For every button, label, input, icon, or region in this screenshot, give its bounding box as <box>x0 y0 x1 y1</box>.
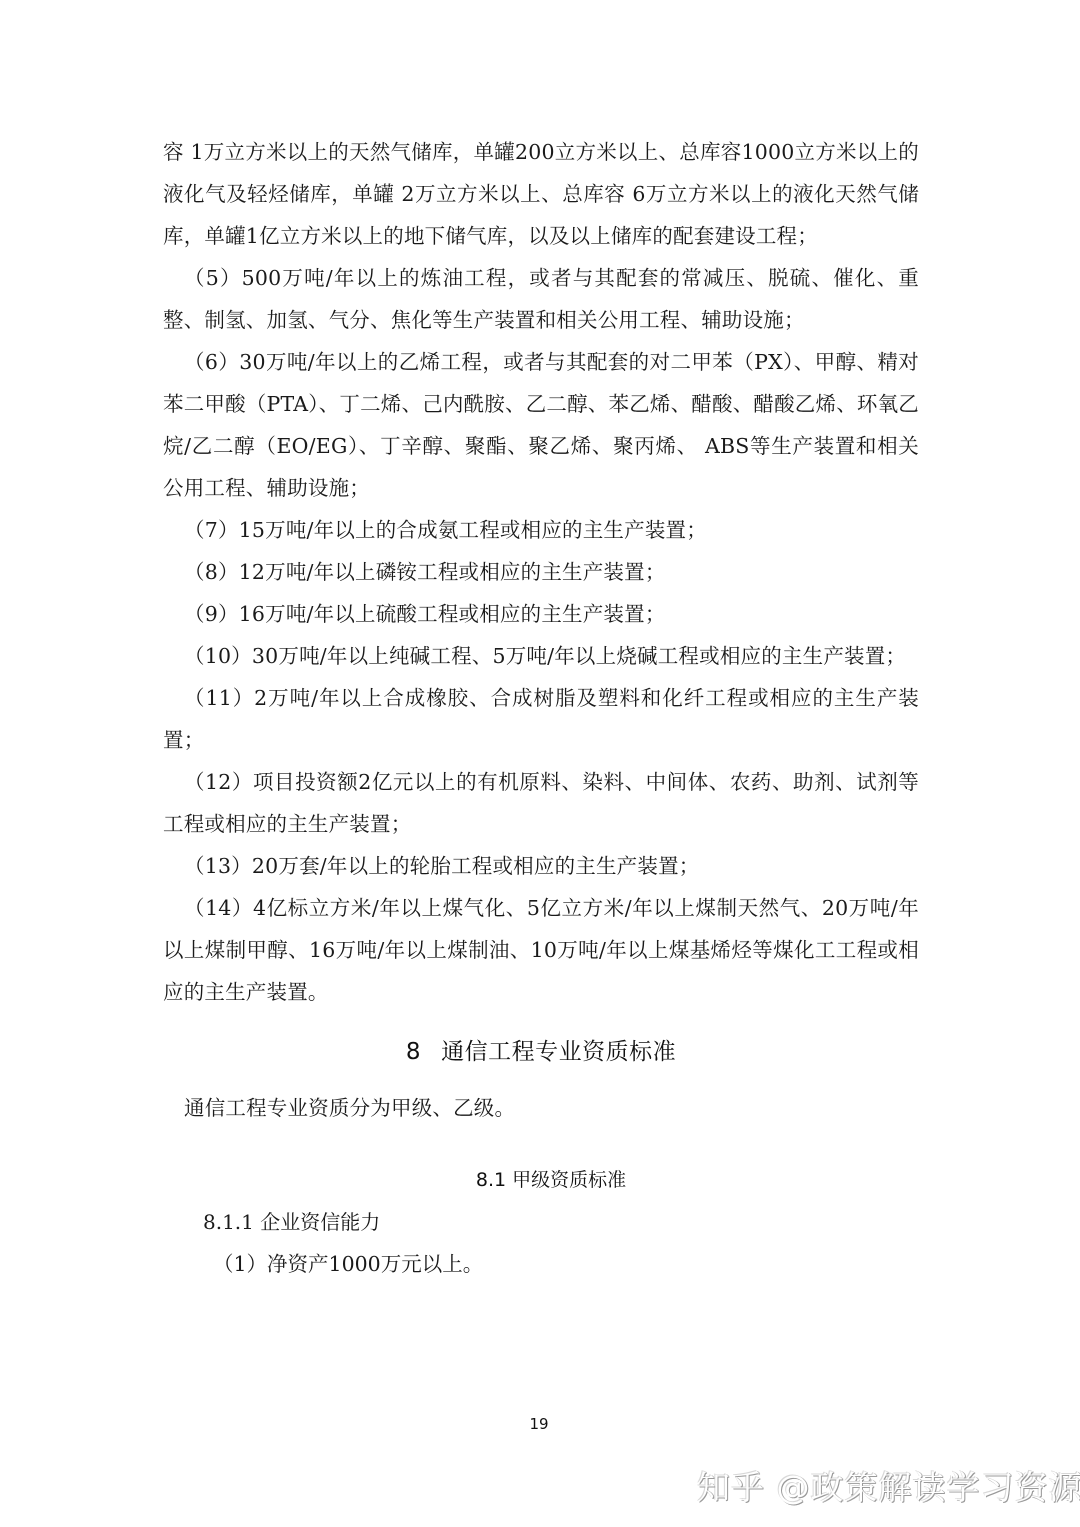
paragraph-item-11: （11）2万吨/年以上合成橡胶、合成树脂及塑料和化纤工程或相应的主生产装置； <box>163 677 919 761</box>
paragraph-item-13: （13）20万套/年以上的轮胎工程或相应的主生产装置； <box>163 845 919 887</box>
chapter-intro-paragraph: 通信工程专业资质分为甲级、乙级。 <box>163 1087 919 1129</box>
paragraph-item-10: （10）30万吨/年以上纯碱工程、5万吨/年以上烧碱工程或相应的主生产装置； <box>163 635 919 677</box>
paragraph-item-5: （5）500万吨/年以上的炼油工程，或者与其配套的常减压、脱硫、催化、重整、制氢… <box>163 257 919 341</box>
chapter-title-text: 通信工程专业资质标准 <box>441 1039 676 1065</box>
page-number: 19 <box>0 1415 1080 1433</box>
paragraph-item-9: （9）16万吨/年以上硫酸工程或相应的主生产装置； <box>163 593 919 635</box>
paragraph-item-7: （7）15万吨/年以上的合成氨工程或相应的主生产装置； <box>163 509 919 551</box>
paragraph-item-8: （8）12万吨/年以上磷铵工程或相应的主生产装置； <box>163 551 919 593</box>
chapter-heading: 8通信工程专业资质标准 <box>163 1031 919 1073</box>
page-number-text: 19 <box>529 1415 548 1433</box>
chapter-number: 8 <box>406 1039 421 1065</box>
subsection-heading: 8.1.1 企业资信能力 <box>163 1201 919 1243</box>
section-heading: 8.1 甲级资质标准 <box>163 1159 919 1201</box>
document-page: 容 1万立方米以上的天然气储库，单罐200立方米以上、总库容1000立方米以上的… <box>163 131 919 1285</box>
subsection-item: （1）净资产1000万元以上。 <box>163 1243 919 1285</box>
paragraph-storage-continuation: 容 1万立方米以上的天然气储库，单罐200立方米以上、总库容1000立方米以上的… <box>163 131 919 257</box>
paragraph-item-12: （12）项目投资额2亿元以上的有机原料、染料、中间体、农药、助剂、试剂等工程或相… <box>163 761 919 845</box>
paragraph-item-6: （6）30万吨/年以上的乙烯工程，或者与其配套的对二甲苯（PX）、甲醇、精对苯二… <box>163 341 919 509</box>
watermark: 知乎 @政策解读学习资源 <box>697 1462 1080 1509</box>
paragraph-item-14: （14）4亿标立方米/年以上煤气化、5亿立方米/年以上煤制天然气、20万吨/年以… <box>163 887 919 1013</box>
